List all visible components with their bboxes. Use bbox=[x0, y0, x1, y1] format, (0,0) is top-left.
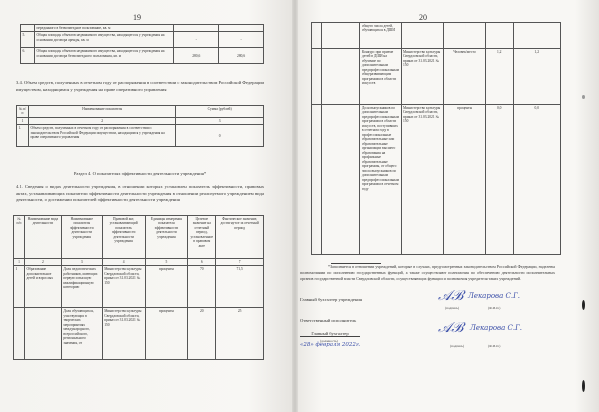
row-unit: проценты bbox=[145, 308, 188, 360]
row-act: Министерство культуры Свердловской облас… bbox=[102, 308, 145, 360]
page-number: 19 bbox=[133, 13, 141, 22]
row-num bbox=[312, 49, 322, 105]
row-actual: 71,5 bbox=[216, 266, 264, 308]
row-target: 0,0 bbox=[485, 105, 513, 255]
header-cell: № п/п bbox=[17, 106, 29, 118]
name-caption: (Ф.И.О.) bbox=[488, 306, 500, 310]
chief-name-handwritten: Лекарова С.Г. bbox=[468, 292, 520, 300]
index-cell: 3 bbox=[61, 259, 102, 266]
table-row: Доля обучающихся, участвующих в творческ… bbox=[14, 308, 264, 360]
signature-mark: 𝒜ℬ bbox=[438, 288, 463, 304]
index-cell: 1 bbox=[14, 259, 25, 266]
table-row: Конкурс при приеме детей в ДШИ на обучен… bbox=[312, 49, 561, 105]
row-num bbox=[14, 308, 25, 360]
row-activity bbox=[321, 105, 359, 255]
row-value: 280,6 bbox=[174, 48, 219, 64]
row-value: 280,6 bbox=[219, 48, 264, 64]
row-activity bbox=[321, 49, 359, 105]
row-indicator: Конкурс при приеме детей в ДШИ на обучен… bbox=[360, 49, 401, 105]
responsible-label: Ответственный исполнитель bbox=[300, 318, 356, 323]
row-value: - bbox=[219, 32, 264, 48]
row-act: Министерство культуры Свердловской облас… bbox=[401, 49, 444, 105]
efficiency-table-continued: общего числа детей, обучающихся в ДШИ Ко… bbox=[311, 22, 561, 255]
row-target bbox=[485, 23, 513, 49]
header-cell: Наименование показателя bbox=[28, 106, 175, 118]
signature-caption: (подпись) bbox=[445, 306, 459, 310]
resp-name-handwritten: Лекарова С.Г. bbox=[470, 324, 522, 332]
table-row: общего числа детей, обучающихся в ДШИ bbox=[312, 23, 561, 49]
row-actual: 1,2 bbox=[513, 49, 560, 105]
row-act: Министерство культуры Свердловской облас… bbox=[102, 266, 145, 308]
property-table: переданного в безвозмездное пользование,… bbox=[20, 24, 264, 64]
row-name: Общая площадь объектов недвижимого имуще… bbox=[34, 32, 173, 48]
index-row: 1 2 3 bbox=[17, 118, 264, 125]
row-sum: 0 bbox=[176, 125, 264, 147]
row-num: 6. bbox=[21, 48, 35, 64]
table-header: № п/п Наименование показателя Сумма (руб… bbox=[17, 106, 264, 118]
row-value bbox=[219, 25, 264, 32]
row-name: Общая площадь объектов недвижимого имуще… bbox=[34, 48, 173, 64]
scan-artifact bbox=[582, 380, 585, 392]
section-3-4-text: 3.4. Объем средств, полученных в отчетно… bbox=[16, 80, 264, 93]
row-num bbox=[312, 105, 322, 255]
row-indicator: Доля обучающихся, участвующих в творческ… bbox=[61, 308, 102, 360]
row-num bbox=[21, 25, 35, 32]
row-value bbox=[174, 25, 219, 32]
scan-artifact bbox=[582, 300, 585, 310]
index-cell: 2 bbox=[24, 259, 61, 266]
row-num: 1 bbox=[14, 266, 25, 308]
header-cell: Правовой акт, устанавливающий показатель… bbox=[102, 216, 145, 259]
row-unit: проценты bbox=[444, 105, 486, 255]
scan-artifact bbox=[582, 95, 585, 99]
row-indicator: общего числа детей, обучающихся в ДШИ bbox=[360, 23, 401, 49]
row-target: 20 bbox=[188, 308, 216, 360]
date: «28» февраля 2022г. bbox=[300, 342, 360, 348]
efficiency-table: № п/п Наименование вида деятельности Наи… bbox=[13, 215, 264, 360]
header-cell: Целевое значение на отчетный период, уст… bbox=[188, 216, 216, 259]
position: Главный бухгалтер bbox=[300, 331, 360, 337]
row-unit: Человек/место bbox=[444, 49, 486, 105]
row-indicator: Доля педагогических работников, имеющих … bbox=[61, 266, 102, 308]
table-row: 1 Образование дополнительное детей и взр… bbox=[14, 266, 264, 308]
row-actual bbox=[513, 23, 560, 49]
row-target: 70 bbox=[188, 266, 216, 308]
row-activity bbox=[24, 308, 61, 360]
index-cell: 2 bbox=[28, 118, 175, 125]
index-cell: 1 bbox=[17, 118, 29, 125]
row-name: Объем средств, полученных в отчетном год… bbox=[28, 125, 175, 147]
footnote: *Заполняется в отношении учреждений, кот… bbox=[300, 264, 555, 281]
table-row: 5. Общая площадь объектов недвижимого им… bbox=[21, 32, 264, 48]
name-caption: (Ф.И.О.) bbox=[488, 344, 500, 348]
row-name: переданного в безвозмездное пользование,… bbox=[34, 25, 173, 32]
row-actual: 25 bbox=[216, 308, 264, 360]
row-num bbox=[312, 23, 322, 49]
row-act bbox=[401, 23, 444, 49]
row-unit bbox=[444, 23, 486, 49]
index-cell: 3 bbox=[176, 118, 264, 125]
index-cell: 7 bbox=[216, 259, 264, 266]
page-number: 20 bbox=[419, 13, 427, 22]
index-row: 1 2 3 4 5 6 7 bbox=[14, 259, 264, 266]
signature-mark: 𝒜ℬ bbox=[438, 320, 463, 336]
signature-caption: (подпись) bbox=[450, 344, 464, 348]
table-row: 1. Объем средств, полученных в отчетном … bbox=[17, 125, 264, 147]
table-row: 6. Общая площадь объектов недвижимого им… bbox=[21, 48, 264, 64]
index-cell: 4 bbox=[102, 259, 145, 266]
index-cell: 5 bbox=[145, 259, 188, 266]
row-unit: проценты bbox=[145, 266, 188, 308]
page-20: 20 общего числа детей, обучающихся в ДШИ… bbox=[298, 0, 599, 412]
row-value: - bbox=[174, 32, 219, 48]
row-activity bbox=[321, 23, 359, 49]
section-4-1-text: 4.1. Сведения о видах деятельности учреж… bbox=[16, 184, 264, 204]
header-cell: Наименование показателя эффективности де… bbox=[61, 216, 102, 259]
chief-accountant-label: Главный бухгалтер учреждения bbox=[300, 297, 362, 302]
table-header: № п/п Наименование вида деятельности Наи… bbox=[14, 216, 264, 259]
proceeds-table: № п/п Наименование показателя Сумма (руб… bbox=[16, 105, 264, 147]
header-cell: Сумма (рублей) bbox=[176, 106, 264, 118]
row-act: Министерство культуры Свердловской облас… bbox=[401, 105, 444, 255]
section-4-title: Раздел 4. О показателях эффективности де… bbox=[16, 171, 264, 178]
table-row: переданного в безвозмездное пользование,… bbox=[21, 25, 264, 32]
header-cell: № п/п bbox=[14, 216, 25, 259]
row-actual: 0,0 bbox=[513, 105, 560, 255]
table-row: Доля выпускников по дополнительным предп… bbox=[312, 105, 561, 255]
header-cell: Наименование вида деятельности bbox=[24, 216, 61, 259]
header-cell: Фактическое значение, достигнутое за отч… bbox=[216, 216, 264, 259]
row-target: 1,2 bbox=[485, 49, 513, 105]
row-num: 1. bbox=[17, 125, 29, 147]
row-activity: Образование дополнительное детей и взрос… bbox=[24, 266, 61, 308]
header-cell: Единицы измерения показателя эффективнос… bbox=[145, 216, 188, 259]
index-cell: 6 bbox=[188, 259, 216, 266]
row-num: 5. bbox=[21, 32, 35, 48]
row-indicator: Доля выпускников по дополнительным предп… bbox=[360, 105, 401, 255]
page-19: 19 переданного в безвозмездное пользован… bbox=[0, 0, 292, 412]
